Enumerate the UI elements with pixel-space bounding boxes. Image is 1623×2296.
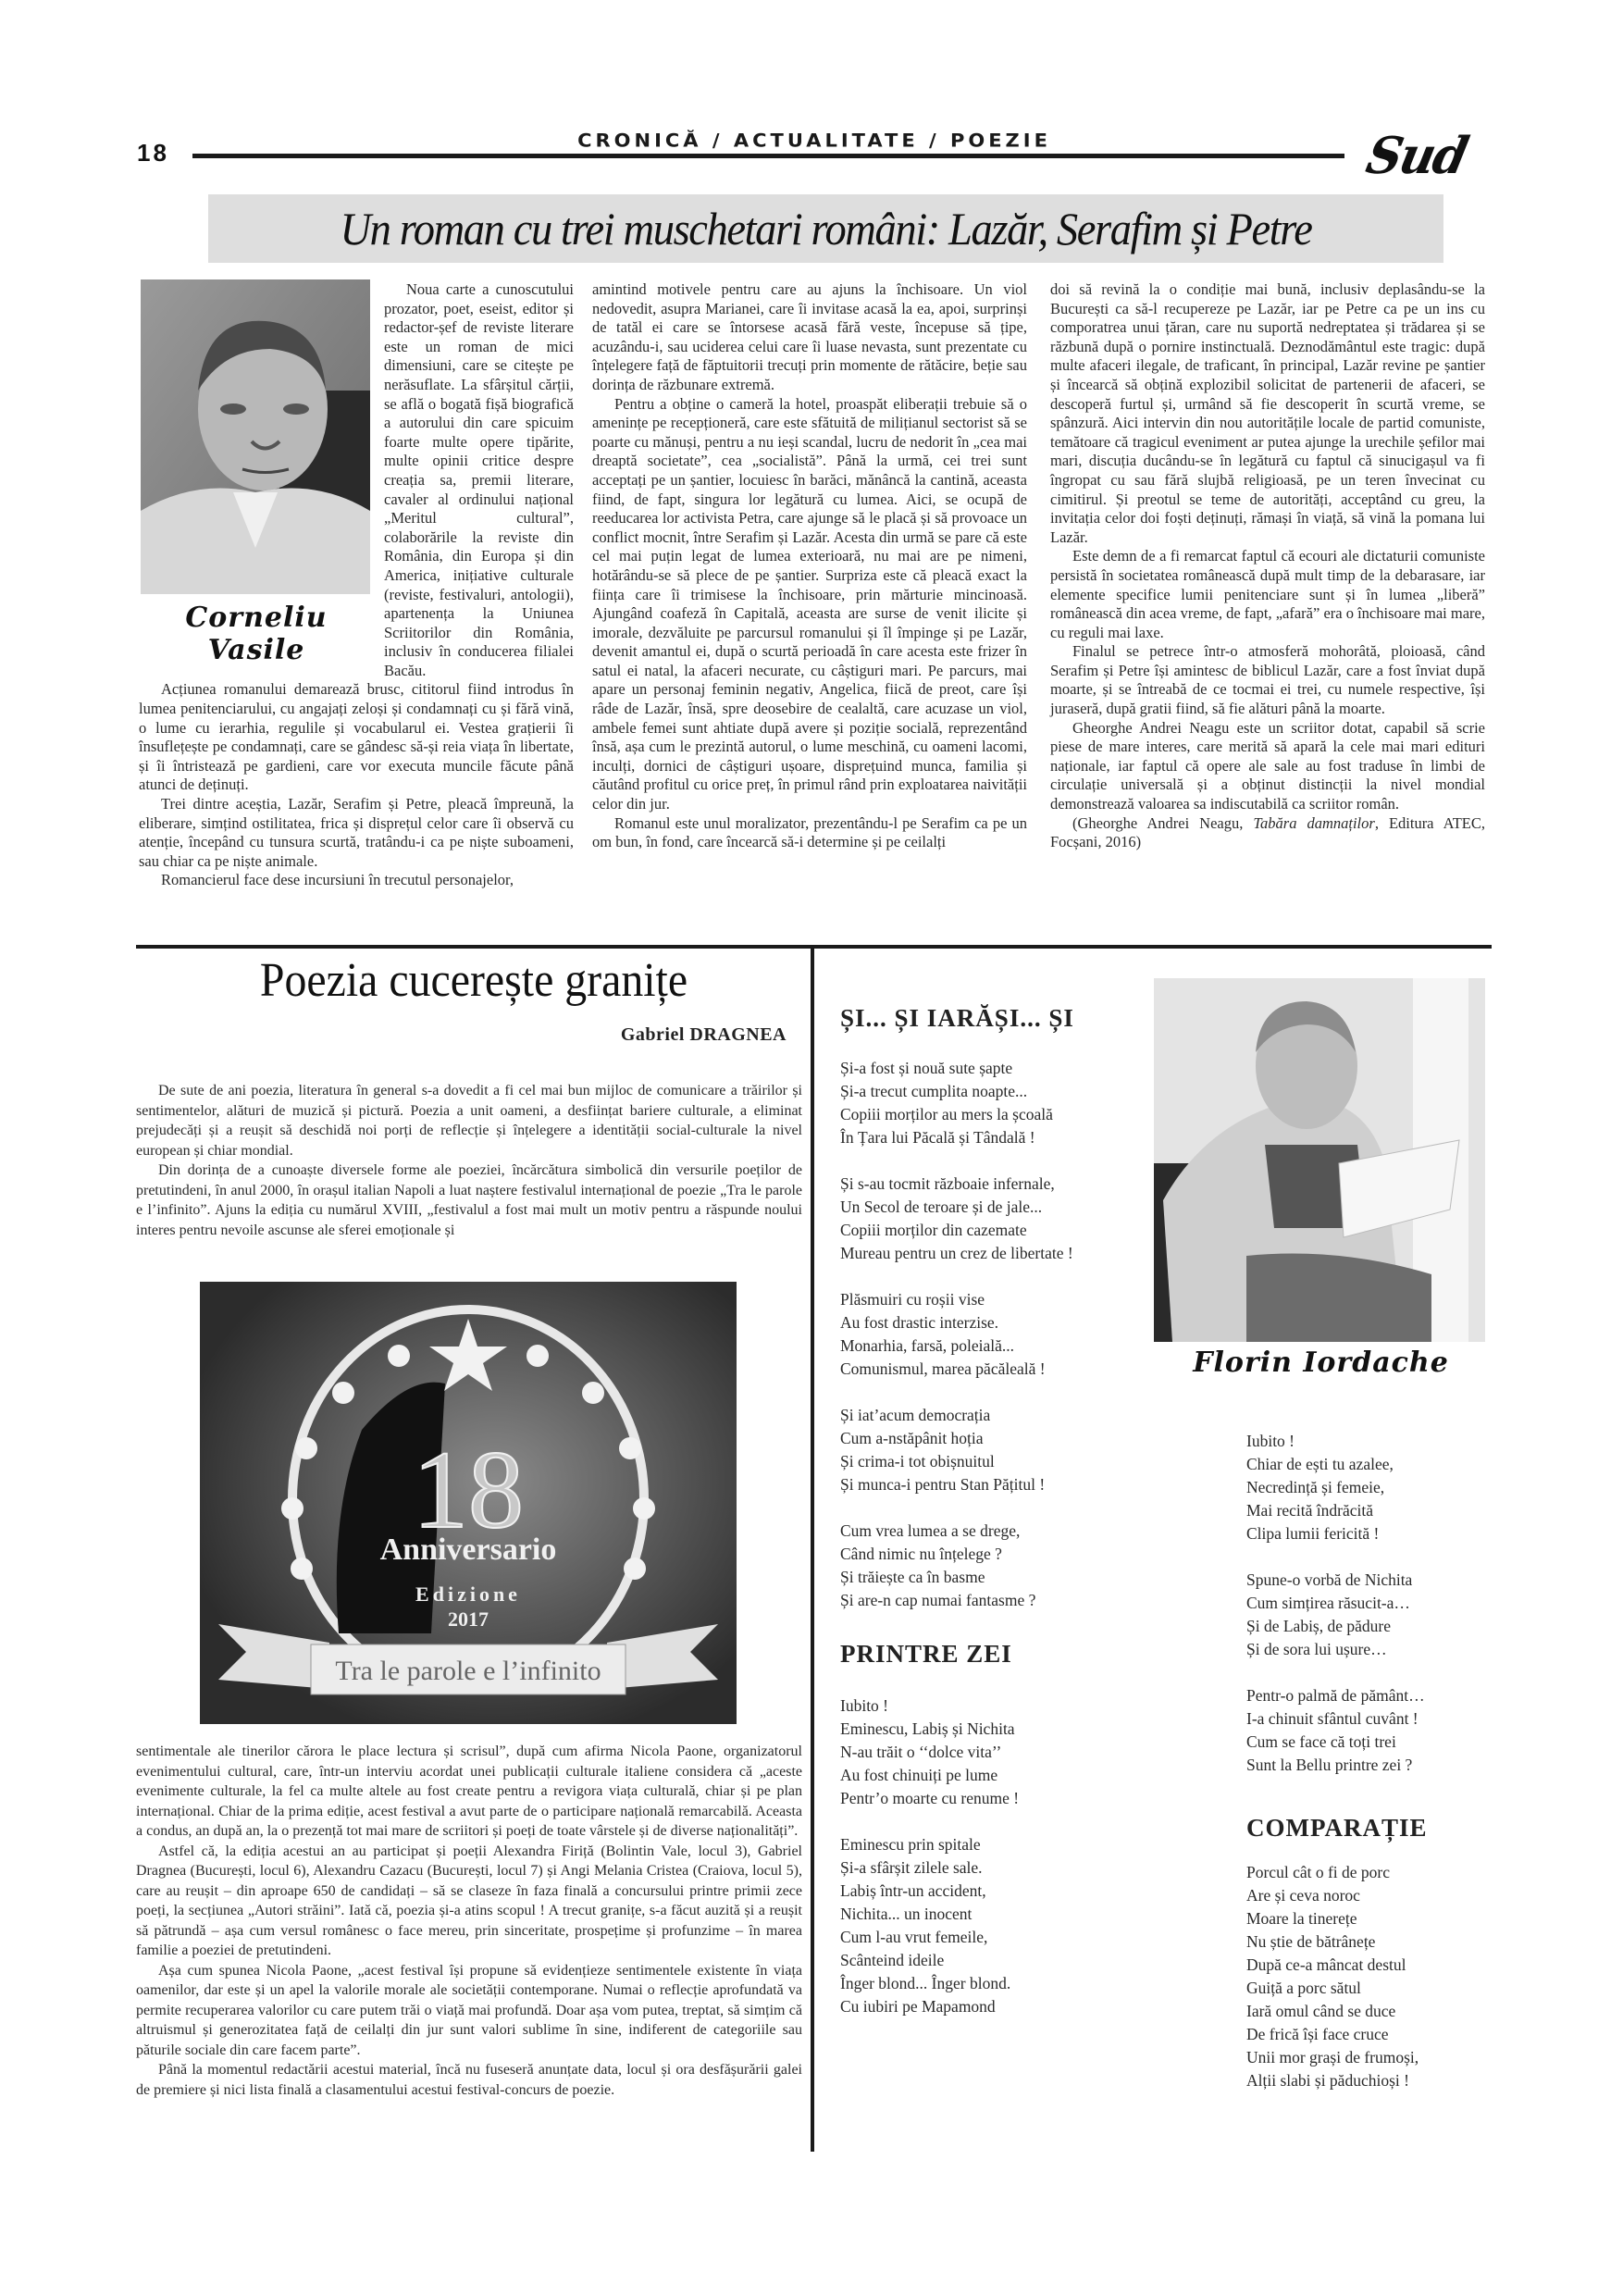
poem-line: Copiii morților din cazemate bbox=[840, 1219, 1146, 1242]
header-rule bbox=[192, 154, 1344, 158]
article1-paragraph: Pentru a obține o cameră la hotel, proas… bbox=[592, 395, 1027, 814]
poem-line: Eminescu prin spitale bbox=[840, 1833, 1146, 1856]
poem-line: Și de Labiș, de pădure bbox=[1246, 1615, 1496, 1638]
poem-stanza: Spune-o vorbă de NichitaCum simțirea răs… bbox=[1246, 1569, 1496, 1661]
anniversary-emblem-icon: 18 Anniversario Edizione 2017 Tra le par… bbox=[200, 1282, 737, 1724]
poem-line: Au fost drastic interzise. bbox=[840, 1311, 1146, 1334]
poem-stanza: Porcul cât o fi de porcAre și ceva noroc… bbox=[1246, 1861, 1496, 2092]
poems-column: ȘI... ȘI IARĂȘI... ȘI Și-a fost și nouă … bbox=[840, 1004, 1146, 2042]
author-photo-florin-iordache bbox=[1154, 978, 1485, 1342]
poem-line: Nu știe de bătrânețe bbox=[1246, 1930, 1496, 1954]
poem-stanza: Pentr-o palmă de pământ…I-a chinuit sfân… bbox=[1246, 1684, 1496, 1777]
poem-line: Necredință și femeie, bbox=[1246, 1476, 1496, 1499]
poem-line: Cum vrea lumea a se drege, bbox=[840, 1520, 1146, 1543]
poem-title: ȘI... ȘI IARĂȘI... ȘI bbox=[840, 1004, 1146, 1033]
poem-stanza: Iubito !Chiar de ești tu azalee,Necredin… bbox=[1246, 1430, 1496, 1545]
article2-body: sentimentale ale tinerilor cărora le pla… bbox=[136, 1742, 802, 2100]
article1-citation: (Gheorghe Andrei Neagu, Tabăra damnațilo… bbox=[1050, 814, 1485, 852]
article1-paragraph: Este demn de a fi remarcat faptul că eco… bbox=[1050, 547, 1485, 642]
section-divider-vertical bbox=[811, 947, 814, 2152]
article2-paragraph: sentimentale ale tinerilor cărora le pla… bbox=[136, 1742, 802, 1842]
poem-body: Iubito !Eminescu, Labiș și NichitaN-au t… bbox=[840, 1694, 1146, 2018]
poem-line: De frică își face cruce bbox=[1246, 2023, 1496, 2046]
poem-stanza: Cum vrea lumea a se drege,Când nimic nu … bbox=[840, 1520, 1146, 1612]
article1-paragraph: Gheorghe Andrei Neagu este un scriitor d… bbox=[1050, 719, 1485, 814]
article1-column-3-text: doi să revină la o condiție mai bună, in… bbox=[1050, 280, 1485, 852]
poem-stanza: Și s-au tocmit războaie infernale,Un Sec… bbox=[840, 1173, 1146, 1265]
article1-paragraph: Trei dintre aceștia, Lazăr, Serafim și P… bbox=[139, 795, 574, 871]
poem-line: Pentr-o palmă de pământ… bbox=[1246, 1684, 1496, 1707]
poem-line: Și-a sfârșit zilele sale. bbox=[840, 1856, 1146, 1880]
poem-line: Scânteind ideile bbox=[840, 1949, 1146, 1972]
poem-line: Cu iubiri pe Mapamond bbox=[840, 1995, 1146, 2018]
emblem-year: 2017 bbox=[448, 1607, 489, 1631]
portrait-image-icon bbox=[1154, 978, 1485, 1342]
article1-column-2-text: amintind motivele pentru care au ajuns l… bbox=[592, 280, 1027, 852]
emblem-line1: Anniversario bbox=[380, 1533, 557, 1567]
poem-line: Și munca-i pentru Stan Pățitul ! bbox=[840, 1473, 1146, 1496]
poem-line: Are și ceva noroc bbox=[1246, 1884, 1496, 1907]
article2-paragraph: Așa cum spunea Nicola Paone, „acest fest… bbox=[136, 1961, 802, 2061]
poem-title: COMPARAȚIE bbox=[1246, 1814, 1496, 1843]
poem-line: Înger blond... Înger blond. bbox=[840, 1972, 1146, 1995]
poem-line: Și iat’acum democrația bbox=[840, 1404, 1146, 1427]
poem-stanza: Și-a fost și nouă sute șapteȘi-a trecut … bbox=[840, 1057, 1146, 1149]
poem-line: Unii mor grași de frumoși, bbox=[1246, 2046, 1496, 2069]
poem-line: Labiș într-un accident, bbox=[840, 1880, 1146, 1903]
article1-paragraph: amintind motivele pentru care au ajuns l… bbox=[592, 280, 1027, 395]
poem-line: Cum simțirea răsucit-a… bbox=[1246, 1592, 1496, 1615]
poem-line: Chiar de ești tu azalee, bbox=[1246, 1453, 1496, 1476]
poem-line: Cum a-nstăpânit hoția bbox=[840, 1427, 1146, 1450]
poem-line: Iară omul când se duce bbox=[1246, 2000, 1496, 2023]
poem-line: Și trăiește ca în basme bbox=[840, 1566, 1146, 1589]
poem-line: N-au trăit o ‘‘dolce vita’’ bbox=[840, 1741, 1146, 1764]
poem-line: Pentr’o moarte cu renume ! bbox=[840, 1787, 1146, 1810]
poem-body: Porcul cât o fi de porcAre și ceva noroc… bbox=[1246, 1861, 1496, 2092]
poem-line: Monarhia, farsă, poleială... bbox=[840, 1334, 1146, 1358]
poem-body: Și-a fost și nouă sute șapteȘi-a trecut … bbox=[840, 1057, 1146, 1612]
poem-line: Cum se face că toți trei bbox=[1246, 1731, 1496, 1754]
poem-line: Copiii morților au mers la școală bbox=[840, 1103, 1146, 1126]
poem-line: Iubito ! bbox=[840, 1694, 1146, 1718]
poem-line: Plăsmuiri cu roșii vise bbox=[840, 1288, 1146, 1311]
poem-line: Și-a fost și nouă sute șapte bbox=[840, 1057, 1146, 1080]
poem-line: Eminescu, Labiș și Nichita bbox=[840, 1718, 1146, 1741]
poem-line: Porcul cât o fi de porc bbox=[1246, 1861, 1496, 1884]
article1-paragraph: Romanul este unul moralizator, prezentân… bbox=[592, 814, 1027, 852]
poem-line: Și are-n cap numai fantasme ? bbox=[840, 1589, 1146, 1612]
article1-paragraph: Finalul se petrece într-o atmosferă moho… bbox=[1050, 642, 1485, 718]
poem-line: Și de sora lui ușure… bbox=[1246, 1638, 1496, 1661]
section-label: CRONICĂ / ACTUALITATE / POEZIE bbox=[518, 130, 1110, 152]
poem-stanza: Iubito !Eminescu, Labiș și NichitaN-au t… bbox=[840, 1694, 1146, 1810]
photo-caption-florin-iordache: Florin Iordache bbox=[1157, 1347, 1485, 1379]
poem-line: Mai recită îndrăcită bbox=[1246, 1499, 1496, 1522]
emblem-line2: Edizione bbox=[415, 1582, 521, 1606]
photo-wrap-spacer bbox=[139, 280, 384, 662]
article2-title: Poezia cucerește granițe bbox=[163, 953, 785, 1008]
poem-line: Sunt la Bellu printre zei ? bbox=[1246, 1754, 1496, 1777]
publication-logo: Sud bbox=[1361, 126, 1471, 185]
poem-line: Guiță a porc sătul bbox=[1246, 1977, 1496, 2000]
emblem-ribbon-text: Tra le parole e l’infinito bbox=[335, 1656, 601, 1686]
poem-line: Moare la tinerețe bbox=[1246, 1907, 1496, 1930]
article2-paragraph: Din dorința de a cunoaște diversele form… bbox=[136, 1160, 802, 1240]
poem-stanza: Și iat’acum democrațiaCum a-nstăpânit ho… bbox=[840, 1404, 1146, 1496]
poem-line: I-a chinuit sfântul cuvânt ! bbox=[1246, 1707, 1496, 1731]
article1-column-1-text: Noua carte a cunoscutului prozator, poet… bbox=[139, 280, 574, 890]
poem-comparatie: COMPARAȚIE Porcul cât o fi de porcAre și… bbox=[1246, 1814, 1496, 2116]
poem-line: Și-a trecut cumplita noapte... bbox=[840, 1080, 1146, 1103]
article1-paragraph: doi să revină la o condiție mai bună, in… bbox=[1050, 280, 1485, 547]
article1-paragraph: Romancierul face dese incursiuni în trec… bbox=[139, 871, 574, 890]
book-title: Tabăra damnaților bbox=[1253, 814, 1374, 832]
poem-line: În Țara lui Păcală și Tândală ! bbox=[840, 1126, 1146, 1149]
poem-line: Iubito ! bbox=[1246, 1430, 1496, 1453]
article2-paragraph: Până la momentul redactării acestui mate… bbox=[136, 2060, 802, 2100]
poem-stanza: Eminescu prin spitaleȘi-a sfârșit zilele… bbox=[840, 1833, 1146, 2018]
article2-paragraph: Astfel că, la ediția acestui an au parti… bbox=[136, 1842, 802, 1961]
article2-intro: De sute de ani poezia, literatura în gen… bbox=[136, 1081, 802, 1240]
poem-line: Când nimic nu înțelege ? bbox=[840, 1543, 1146, 1566]
poem-stanza: Plăsmuiri cu roșii viseAu fost drastic i… bbox=[840, 1288, 1146, 1381]
article2-byline: Gabriel DRAGNEA bbox=[546, 1024, 787, 1046]
poem-line: Și s-au tocmit războaie infernale, bbox=[840, 1173, 1146, 1196]
poem-line: Cum l-au vrut femeile, bbox=[840, 1926, 1146, 1949]
poem-title: PRINTRE ZEI bbox=[840, 1640, 1146, 1669]
poem-line: Spune-o vorbă de Nichita bbox=[1246, 1569, 1496, 1592]
poem-line: Și crima-i tot obișnuitul bbox=[840, 1450, 1146, 1473]
poem-line: Alții slabi și păduchioși ! bbox=[1246, 2069, 1496, 2092]
poem-line: Mureau pentru un crez de libertate ! bbox=[840, 1242, 1146, 1265]
poem-line: Clipa lumii fericită ! bbox=[1246, 1522, 1496, 1545]
article1-title: Un roman cu trei muschetari români: Lază… bbox=[252, 194, 1401, 263]
poem-line: Un Secol de teroare și de jale... bbox=[840, 1196, 1146, 1219]
page-number: 18 bbox=[137, 139, 169, 168]
festival-emblem-image: 18 Anniversario Edizione 2017 Tra le par… bbox=[200, 1282, 737, 1724]
poem-line: Comunismul, marea păcăleală ! bbox=[840, 1358, 1146, 1381]
poem-line: Au fost chinuiți pe lume bbox=[840, 1764, 1146, 1787]
poem-line: După ce-a mâncat destul bbox=[1246, 1954, 1496, 1977]
article1-paragraph: Acțiunea romanului demarează brusc, citi… bbox=[139, 680, 574, 795]
article2-paragraph: De sute de ani poezia, literatura în gen… bbox=[136, 1081, 802, 1160]
poem-line: Nichita... un inocent bbox=[840, 1903, 1146, 1926]
poem-continuation: Iubito !Chiar de ești tu azalee,Necredin… bbox=[1246, 1430, 1496, 1800]
